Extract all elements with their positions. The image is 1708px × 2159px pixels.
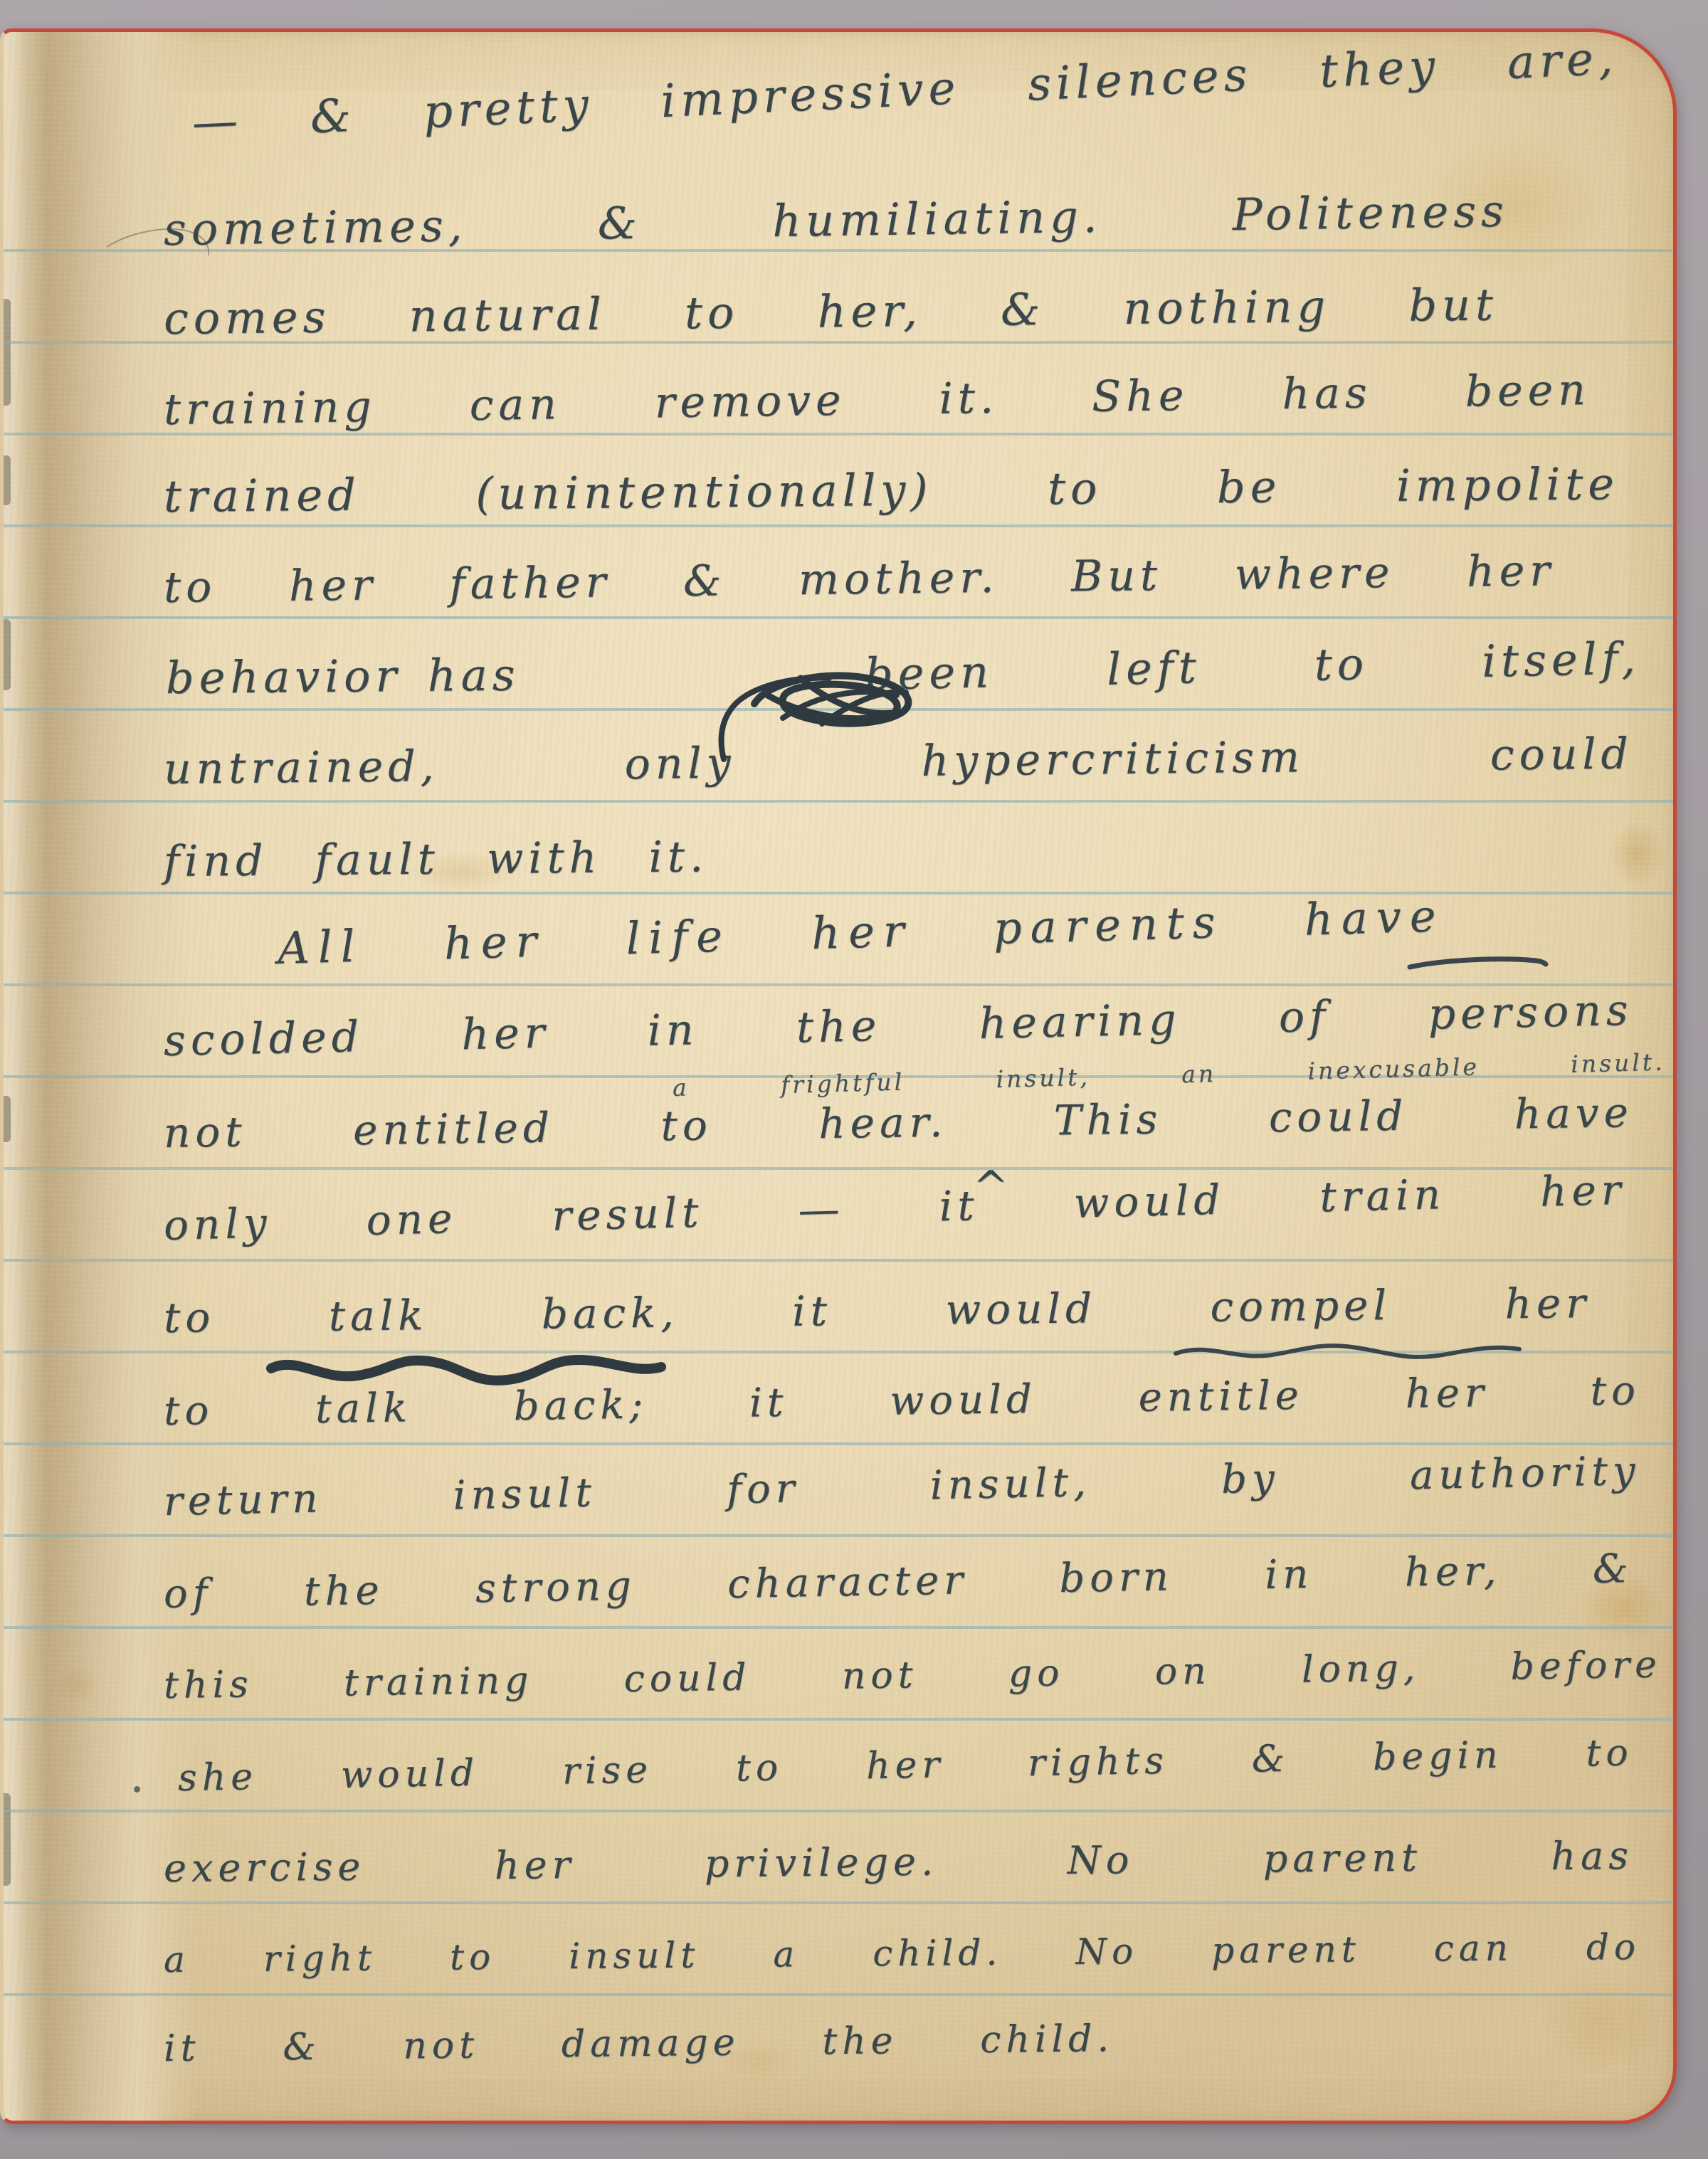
scribble-strikeout-icon: [715, 653, 929, 766]
margin-ink-dot: [134, 1786, 140, 1793]
notebook-page: — & pretty impressive silences they are,…: [0, 28, 1677, 2124]
manuscript-line: find fault with it.: [164, 835, 709, 885]
pen-flourish: [1407, 954, 1549, 973]
manuscript-line: it & not damage the child.: [164, 2020, 1114, 2069]
scan-background: { "page_colors": { "background": "#a49da…: [0, 0, 1708, 2159]
manuscript-line: — & pretty impressive silences they are,: [191, 35, 1618, 147]
insert-caret: ^: [973, 1165, 1008, 1210]
manuscript-line: sometimes, & humiliating. Politeness: [164, 188, 1509, 253]
manuscript-line: trained (unintentionally) to be impolite: [164, 460, 1619, 519]
manuscript-line: behavior has: [166, 652, 520, 701]
wavy-underline-compel: [1172, 1336, 1524, 1366]
wavy-underline-talk-back: [265, 1350, 668, 1395]
